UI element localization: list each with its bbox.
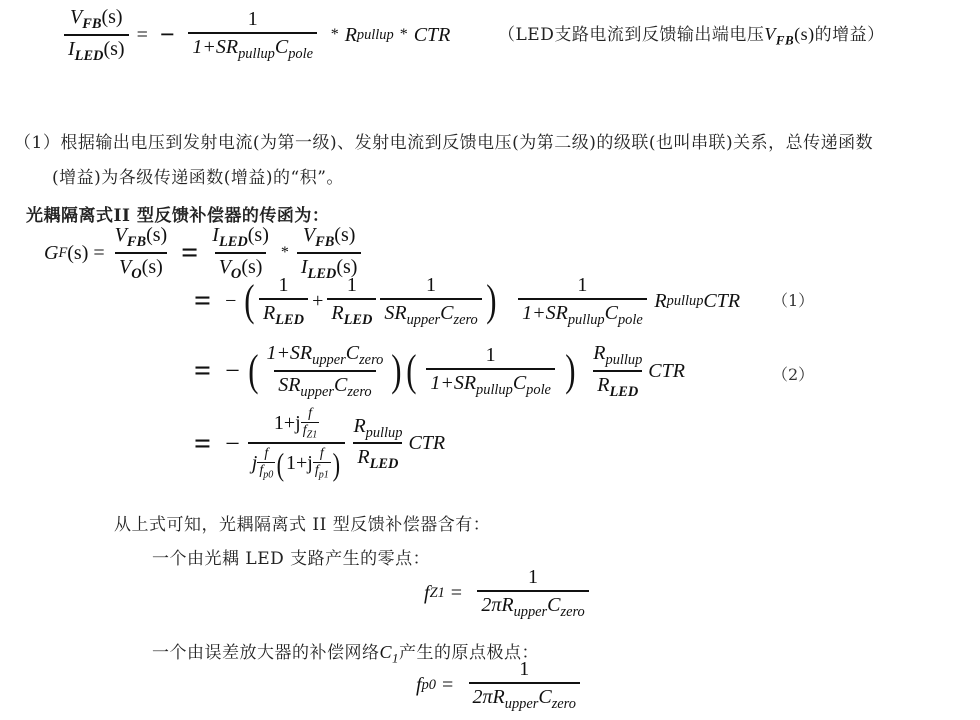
symbol: C [547, 594, 560, 616]
pole-label-text: 一个由误差放大器的补偿网络 [152, 643, 380, 663]
symbol: R [331, 302, 343, 324]
close-paren: ) [332, 448, 339, 480]
paragraph-line-1: （1）根据输出电压到发射电流(为第一级)、发射电流到反馈电压(为第二级)的级联(… [14, 128, 873, 153]
subscript: pole [288, 46, 313, 62]
symbol: C [334, 374, 347, 396]
numerator: 1 [482, 344, 500, 368]
fraction: 1+SRupperCzero SRupperCzero [262, 342, 387, 400]
equals-sign: = [181, 236, 198, 270]
symbol: V [119, 256, 131, 278]
fz1-equation: fZ1 = 1 2πRupperCzero [424, 566, 598, 621]
subscript: FB [776, 33, 794, 48]
symbol: G [44, 242, 58, 265]
symbol: SR [278, 374, 300, 396]
subscript: pullup [667, 293, 704, 310]
subscript: O [131, 266, 141, 282]
numerator: f [262, 446, 270, 462]
fp0-equation: fp0 = 1 2πRupperCzero [416, 658, 589, 713]
subscript: p1 [319, 470, 329, 481]
symbol: R [345, 24, 357, 47]
subscript: zero [552, 696, 576, 712]
subscript: LED [370, 456, 399, 472]
equation-line-1: = − ( 1 RLED + 1 RLED 1 SRupperCzero ) 1… [186, 274, 740, 329]
equation-line-3: = − 1+j f fZ1 j f fp0 ( 1+j f fp1 ) Rpul… [186, 406, 445, 481]
times-sign: * [281, 244, 289, 262]
inner-fraction: f fp0 [257, 446, 275, 481]
minus-sign: − [160, 20, 175, 50]
subscript: zero [359, 352, 383, 368]
arg: (s) [103, 38, 124, 60]
symbol: C [346, 342, 359, 364]
subscript: pole [526, 382, 551, 398]
ctr-symbol: CTR [648, 360, 685, 383]
fraction: 1 2πRupperCzero [470, 566, 596, 621]
inner-fraction: f fp1 [313, 446, 331, 481]
symbol: 1+SR [522, 302, 568, 324]
numerator: f [306, 406, 314, 422]
subscript: LED [610, 384, 639, 400]
symbol: R [654, 290, 666, 313]
section-heading: 光耦隔离式II 型反馈补偿器的传函为： [26, 201, 329, 226]
subscript: zero [347, 384, 371, 400]
symbol: V [764, 24, 776, 44]
fraction: 1 1+SRpullupCpole [512, 274, 652, 329]
subscript: pullup [476, 382, 513, 398]
symbol: C [275, 36, 288, 58]
numerator: 1 [573, 274, 591, 298]
minus-sign: − [225, 356, 240, 386]
subscript: LED [275, 312, 304, 328]
equation-line-2: = − ( 1+SRupperCzero SRupperCzero ) ( 1 … [186, 342, 685, 400]
subscript: zero [561, 604, 585, 620]
symbol: R [263, 302, 275, 324]
numerator: 1 [244, 8, 262, 32]
open-paren: ( [248, 349, 258, 393]
subscript: FB [127, 234, 146, 250]
subscript: pullup [357, 27, 394, 44]
equals-sign: = [137, 24, 148, 47]
subscript: FB [315, 234, 334, 250]
ctr-symbol: CTR [414, 24, 451, 47]
inner-fraction: f fZ1 [301, 406, 320, 441]
numerator: 1 [524, 566, 542, 590]
subscript: F [58, 245, 67, 262]
open-paren: ( [245, 279, 255, 323]
subscript: p0 [422, 677, 436, 694]
subscript: zero [454, 312, 478, 328]
arg: (s) [101, 6, 122, 28]
symbol: 1+j [286, 452, 313, 475]
symbol: 2πR [481, 594, 513, 616]
open-paren: ( [277, 448, 284, 480]
symbol: 1+SR [266, 342, 312, 364]
annotation-text: 的增益） [815, 25, 885, 45]
fraction: 1 2πRupperCzero [461, 658, 587, 713]
equals-sign: = [194, 427, 211, 461]
fraction: 1+j f fZ1 j f fp0 ( 1+j f fp1 ) [248, 406, 346, 481]
close-paren: ) [565, 349, 575, 393]
symbol: I [68, 38, 75, 60]
equation-number-1: （1） [772, 288, 814, 311]
close-paren: ) [392, 349, 402, 393]
symbol: V [70, 6, 82, 28]
fraction: 1 SRupperCzero [380, 274, 481, 329]
equals-sign: = [194, 354, 211, 388]
symbol: C [440, 302, 453, 324]
arg: (s) [146, 224, 167, 246]
subscript: LED [219, 234, 248, 250]
symbol: R [353, 415, 365, 437]
fraction: 1 RLED [259, 274, 308, 329]
plus-sign: + [312, 290, 323, 313]
symbol: V [115, 224, 127, 246]
times-sign: * [400, 26, 408, 44]
numerator: 1 [515, 658, 533, 682]
pole-fraction: 1 1+SRpullupCpole [183, 8, 323, 63]
equals-sign: = [442, 674, 453, 697]
arg: (s) [334, 224, 355, 246]
subscript: FB [82, 16, 101, 32]
close-paren: ) [486, 279, 496, 323]
annotation-text: （LED支路电流到反馈输出端电压 [498, 25, 764, 45]
open-paren: ( [406, 349, 416, 393]
times-sign: * [331, 26, 339, 44]
subscript: pole [618, 312, 643, 328]
subscript: LED [75, 48, 104, 64]
symbol: R [357, 446, 369, 468]
minus-sign: − [225, 429, 240, 459]
numerator: 1 [275, 274, 293, 298]
zero-label: 一个由光耦 LED 支路产生的零点： [152, 544, 430, 569]
subscript: 1 [392, 651, 399, 666]
top-equation: VFB(s) ILED(s) = − 1 1+SRpullupCpole * R… [62, 6, 450, 64]
subscript: p0 [263, 470, 273, 481]
subscript: pullup [568, 312, 605, 328]
equation-number-2: （2） [772, 362, 814, 385]
arg: (s) [142, 256, 163, 278]
symbol: 2πR [473, 686, 505, 708]
symbol: I [212, 224, 219, 246]
minus-sign: − [225, 290, 236, 313]
ctr-symbol: CTR [408, 432, 445, 455]
subscript: upper [407, 312, 441, 328]
equals-sign: = [451, 582, 462, 605]
symbol: R [597, 374, 609, 396]
arg: (s) [248, 224, 269, 246]
numerator: 1 [422, 274, 440, 298]
symbol: 1+SR [192, 36, 238, 58]
vfb-over-iled-fraction: VFB(s) ILED(s) [64, 6, 129, 64]
subscript: Z1 [430, 585, 445, 602]
symbol: 1+j [274, 412, 301, 435]
subscript: pullup [606, 352, 643, 368]
fraction: VFB(s) VO(s) [111, 224, 172, 282]
subscript: upper [514, 604, 548, 620]
subscript: upper [505, 696, 539, 712]
symbol: R [593, 342, 605, 364]
symbol: C [538, 686, 551, 708]
numerator: 1 [343, 274, 361, 298]
subscript: upper [312, 352, 346, 368]
subscript: Z1 [307, 430, 318, 441]
ctr-symbol: CTR [703, 290, 740, 313]
subscript: pullup [238, 46, 275, 62]
symbol: V [303, 224, 315, 246]
equals-sign: = [194, 284, 211, 318]
arg: (s) [794, 24, 815, 44]
top-annotation: （LED支路电流到反馈输出端电压VFB(s)的增益） [498, 20, 885, 49]
symbol: 1+SR [430, 372, 476, 394]
fraction: 1 1+SRpullupCpole [421, 344, 561, 399]
paragraph-line-2: (增益)为各级传递函数(增益)的“积”。 [52, 163, 344, 188]
symbol: C [605, 302, 618, 324]
fraction: Rpullup RLED [349, 415, 406, 473]
conclusion-intro: 从上式可知，光耦隔离式 II 型反馈补偿器含有： [114, 510, 490, 535]
fraction: Rpullup RLED [589, 342, 646, 400]
lhs-arg: (s) = [67, 242, 104, 265]
symbol: SR [384, 302, 406, 324]
numerator: f [318, 446, 326, 462]
fraction: 1 RLED [327, 274, 376, 329]
subscript: upper [300, 384, 334, 400]
subscript: LED [344, 312, 373, 328]
subscript: pullup [366, 425, 403, 441]
symbol: C [380, 642, 393, 662]
symbol: C [513, 372, 526, 394]
